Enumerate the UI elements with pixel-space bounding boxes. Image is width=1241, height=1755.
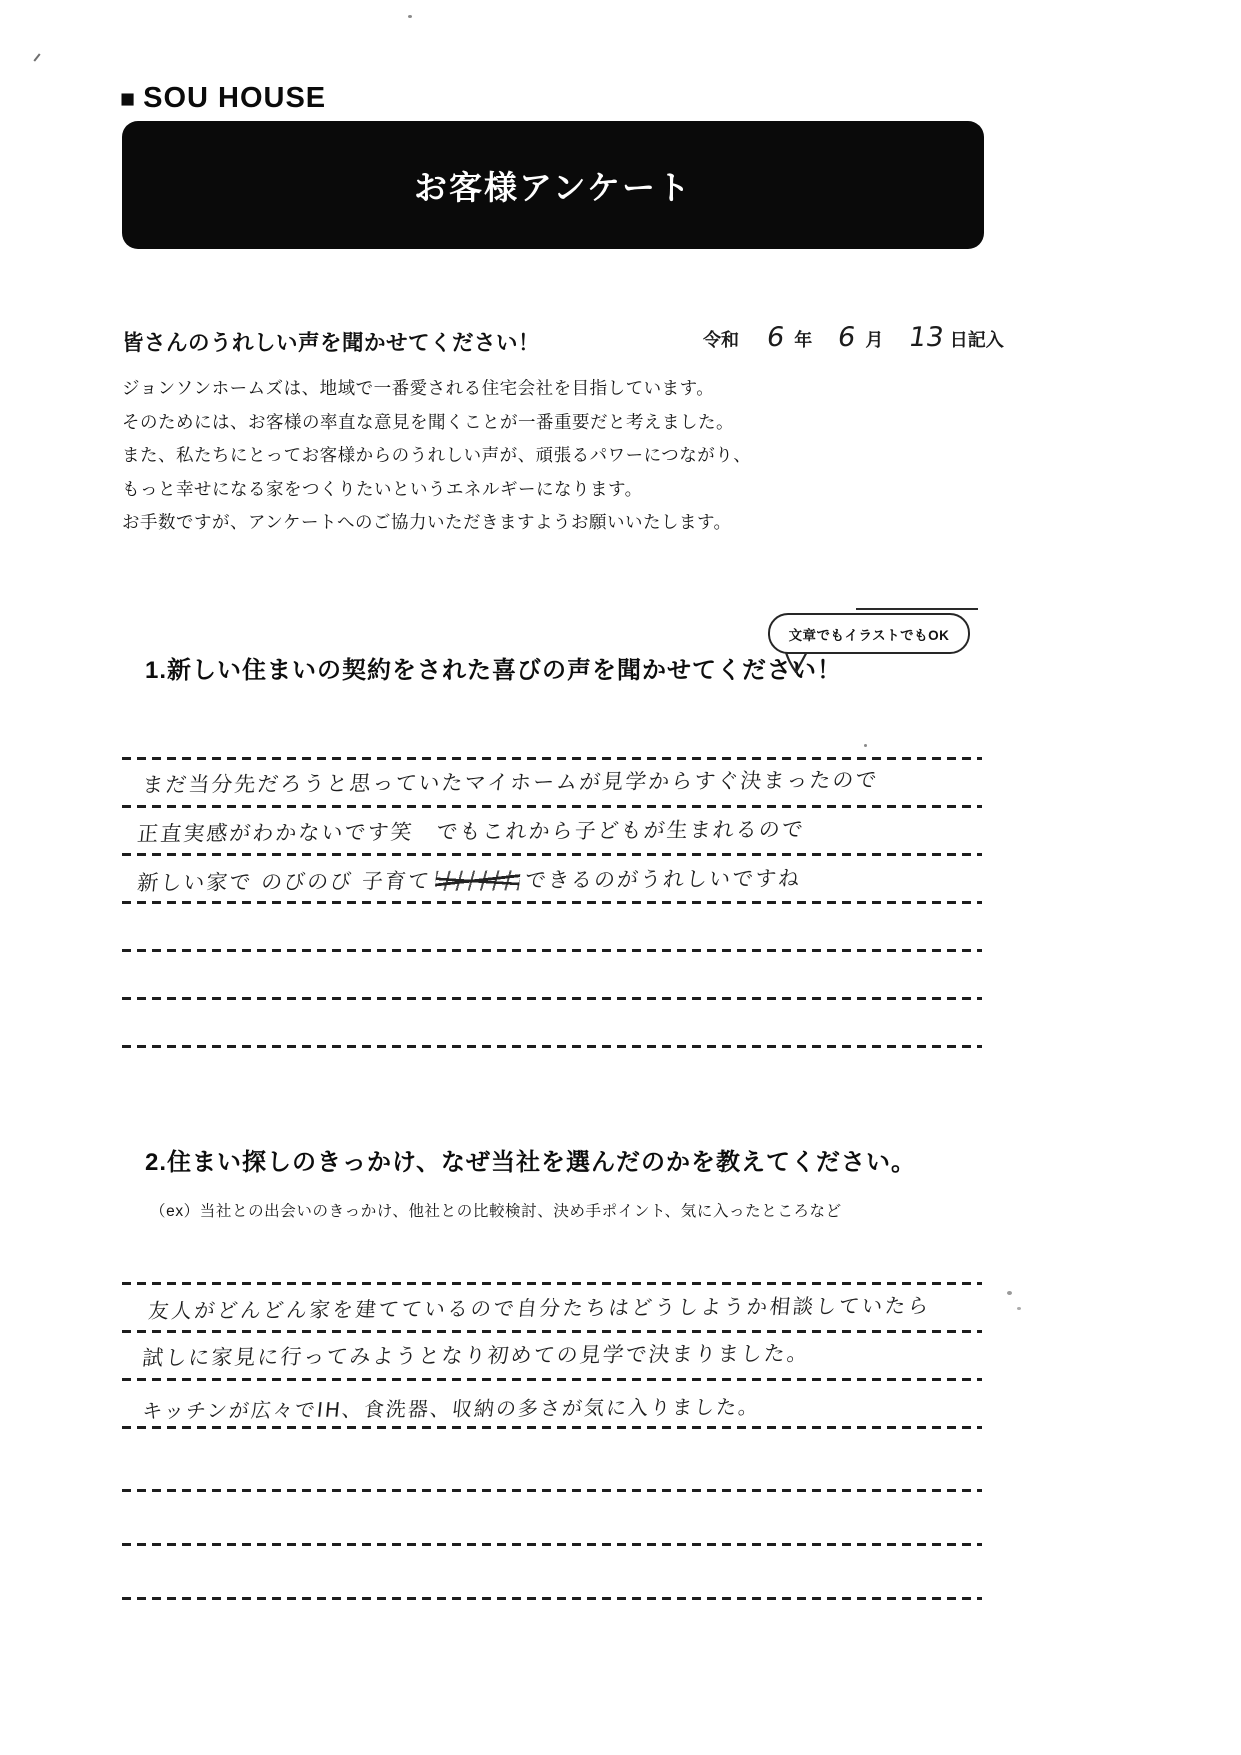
- scan-speck: [1017, 1307, 1021, 1310]
- answer-line-rule: [122, 853, 982, 856]
- greeting-text: 皆さんのうれしい声を聞かせてください！: [122, 326, 540, 357]
- date-year-value: 6: [765, 322, 787, 353]
- bubble-flourish-line: [856, 608, 978, 610]
- intro-line: そのためには、お客様の率直な意見を聞くことが一番重要だと考えました。: [122, 406, 751, 440]
- q1-handwritten-answer: まだ当分先だろうと思っていたマイホームが見学からすぐ決まったので: [141, 764, 880, 799]
- answer-line-rule: [122, 1378, 982, 1381]
- logo-text: SOU HOUSE: [143, 82, 326, 115]
- intro-line: もっと幸せになる家をつくりたいというエネルギーになります。: [122, 473, 751, 507]
- answer-line-rule: [122, 1543, 982, 1546]
- answer-line-rule: [122, 949, 982, 952]
- q2-handwritten-answer: キッチンが広々でIH、食洗器、収納の多さが気に入りました。: [141, 1391, 762, 1424]
- scan-speck: [33, 53, 40, 61]
- scan-speck: [864, 744, 867, 747]
- hint-speech-bubble-label: 文章でもイラストでもOK: [789, 624, 950, 644]
- question2-hint: （ex）当社との出会いのきっかけ、他社との比較検討、決め手ポイント、気に入ったと…: [150, 1199, 842, 1221]
- q1-answer-text: 新しい家で のびのび 子育て: [136, 869, 432, 895]
- logo-square-icon: ■: [120, 87, 136, 112]
- date-entry: 令和 6 年 6 月 13 日記入: [703, 322, 1004, 353]
- date-day-value: 13: [907, 322, 946, 353]
- q1-handwritten-answer: 正直実感がわかないです笑 でもこれから子どもが生まれるので: [136, 813, 806, 848]
- answer-line-rule: [122, 1282, 982, 1285]
- answer-line-rule: [122, 901, 982, 904]
- answer-line-rule: [122, 1597, 982, 1600]
- question2-heading: 2.住まい探しのきっかけ、なぜ当社を選んだのかを教えてください。: [145, 1142, 916, 1177]
- company-logo: ■ SOU HOUSE: [120, 82, 326, 115]
- q2-handwritten-answer: 友人がどんどん家を建てているので自分たちはどうしようか相談していたら: [147, 1289, 932, 1324]
- hint-speech-bubble: 文章でもイラストでもOK: [768, 613, 970, 654]
- intro-paragraph: ジョンソンホームズは、地域で一番愛される住宅会社を目指しています。 そのためには…: [122, 372, 751, 540]
- date-year-label: 年: [794, 326, 812, 352]
- date-month-label: 月: [865, 326, 883, 352]
- question1-heading: 1.新しい住まいの契約をされた喜びの声を聞かせてください！: [145, 650, 842, 685]
- intro-line: ジョンソンホームズは、地域で一番愛される住宅会社を目指しています。: [122, 372, 751, 406]
- crossed-out-scribble: [435, 870, 521, 891]
- intro-line: お手数ですが、アンケートへのご協力いただきますようお願いいたします。: [122, 506, 751, 540]
- date-day-label: 日記入: [950, 326, 1004, 352]
- intro-line: また、私たちにとってお客様からのうれしい声が、頑張るパワーにつながり、: [122, 439, 751, 473]
- answer-line-rule: [122, 757, 982, 760]
- answer-line-rule: [122, 1489, 982, 1492]
- answer-line-rule: [122, 805, 982, 808]
- answer-line-rule: [122, 1330, 982, 1333]
- answer-line-rule: [122, 1426, 982, 1429]
- q1-handwritten-answer: 新しい家で のびのび 子育てできるのがうれしいですね: [136, 862, 803, 897]
- page-title: お客様アンケート: [414, 162, 692, 209]
- scan-speck: [408, 15, 412, 18]
- q1-answer-text: できるのがうれしいですね: [524, 866, 803, 892]
- q2-handwritten-answer: 試しに家見に行ってみようとなり初めての見学で決まりました。: [141, 1337, 811, 1372]
- date-month-value: 6: [836, 322, 858, 353]
- title-banner: お客様アンケート: [122, 121, 984, 249]
- answer-line-rule: [122, 1045, 982, 1048]
- survey-scan-page: ■ SOU HOUSE お客様アンケート 皆さんのうれしい声を聞かせてください！…: [0, 0, 1241, 1755]
- scan-speck: [1007, 1291, 1012, 1295]
- date-era-label: 令和: [703, 326, 739, 352]
- answer-line-rule: [122, 997, 982, 1000]
